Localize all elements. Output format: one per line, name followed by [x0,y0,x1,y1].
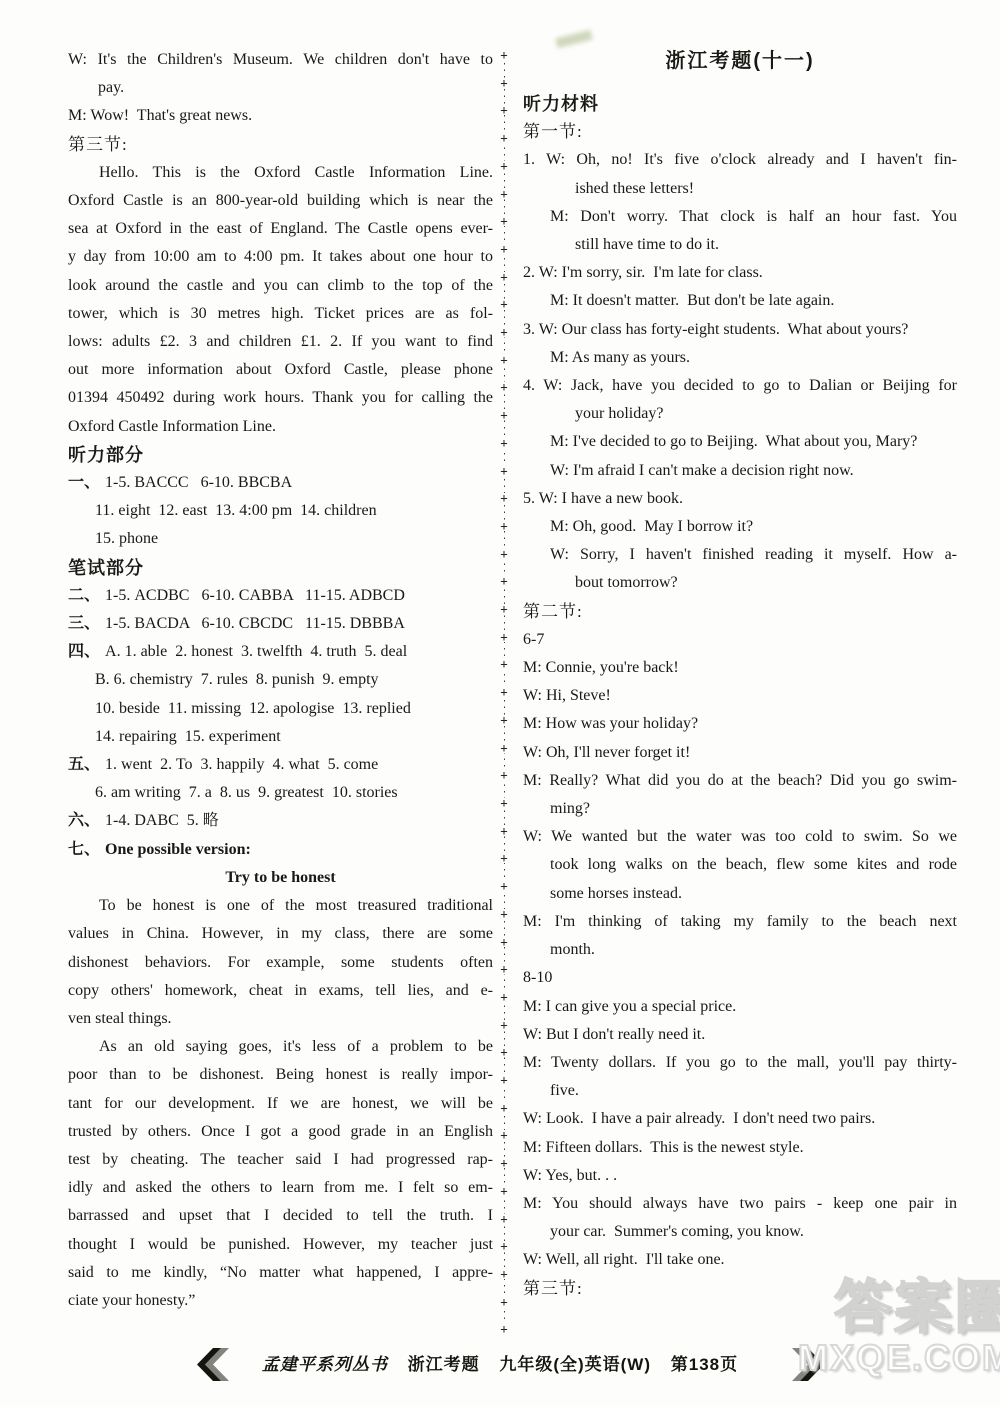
text-line: 笔试部分 [68,554,493,582]
text-line: W: Hi, Steve! [523,682,957,710]
dialog-unit: W: Look. I have a pair already. I don't … [523,1105,957,1133]
dialog-unit: M: I can give you a special price. [523,993,957,1021]
cn-heading-unit: 听力材料 [523,90,957,118]
text-line: 6-7 [523,626,957,654]
divider-plus-glyph: + [500,604,507,614]
exam-name: 浙江考题 [408,1355,480,1374]
divider-plus-glyph: + [500,1241,507,1251]
divider-plus-glyph: + [500,189,507,199]
center-title-unit: Try to be honest [68,864,493,892]
divider-plus-glyph: + [500,1020,507,1030]
divider-plus-glyph: + [500,410,507,420]
text-line: y day from 10:00 am to 4:00 pm. It takes… [68,243,493,271]
text-line: B. 6. chemistry 7. rules 8. punish 9. em… [95,666,493,694]
divider-plus-glyph: + [500,659,507,669]
dialog-unit: W: But I don't really need it. [523,1021,957,1049]
text-line: took long walks on the beach, flew some … [550,851,957,879]
dialog-unit: M: Connie, you're back! [523,654,957,682]
divider-plus-glyph: + [500,909,507,919]
text-line: ciate your honesty.” [68,1287,493,1315]
page-title-unit: 浙江考题(十一) [523,46,957,76]
list-marker: 二、 [68,587,100,604]
text-line: lows: adults £2. 3 and children £1. 2. I… [68,328,493,356]
text-line: your car. Summer's coming, you know. [550,1218,957,1246]
divider-plus-glyph: + [500,521,507,531]
text-line: M: Don't worry. That clock is half an ho… [550,203,957,231]
divider-plus-glyph: + [500,715,507,725]
plain-unit: 8-10 [523,964,957,992]
divider-plus-glyph: + [500,576,507,586]
text-line: tower, which is 30 metres high. Ticket p… [68,300,493,328]
text-line: M: Connie, you're back! [523,654,957,682]
left-column: W: It's the Children's Museum. We childr… [68,46,493,1315]
text-line: 5. W: I have a new book. [523,485,957,513]
text-line: your holiday? [575,400,957,428]
text-line: 浙江考题(十一) [523,46,957,76]
plain-unit: 6-7 [523,626,957,654]
text-line: Oxford Castle is an 800-year-old buildin… [68,187,493,215]
text-line: month. [550,936,957,964]
text-line: 听力材料 [523,90,957,118]
footer: 孟建平系列丛书 浙江考题 九年级(全)英语(W) 第138页 [0,1343,1000,1387]
divider-plus-glyph: + [500,1075,507,1085]
divider-plus-glyph: + [500,992,507,1002]
text-line: M: I can give you a special price. [523,993,957,1021]
text-line: 10. beside 11. missing 12. apologise 13.… [95,695,493,723]
text-line: 一、1-5. BACCC 6-10. BBCBA [68,469,493,497]
text-line: poor than to be dishonest. Being honest … [68,1061,493,1089]
column-divider: ++++++++++++++++++++++++++++++++++++++++… [498,50,510,1335]
divider-plus-glyph: + [500,133,507,143]
answers-bold-unit: 七、One possible version: [68,836,493,864]
dialog-unit: M: Fifteen dollars. This is the newest s… [523,1134,957,1162]
dialog-unit: M: Really? What did you do at the beach?… [523,767,957,823]
dialog-unit: W: Oh, I'll never forget it! [523,739,957,767]
text-line: M: Twenty dollars. If you go to the mall… [523,1049,957,1077]
text-line: barrassed and upset that I decided to te… [68,1202,493,1230]
next-page-chevron [786,1346,830,1383]
text-line: 四、A. 1. able 2. honest 3. twelfth 4. tru… [68,638,493,666]
text-line: some horses instead. [550,880,957,908]
divider-plus-glyph: + [500,937,507,947]
text-line: 听力部分 [68,441,493,469]
dialog-unit: 1. W: Oh, no! It's five o'clock already … [523,146,957,202]
text-line: M: Fifteen dollars. This is the newest s… [523,1134,957,1162]
divider-plus-glyph: + [500,216,507,226]
text-line: five. [550,1077,957,1105]
text-line: Hello. This is the Oxford Castle Informa… [68,159,493,187]
divider-plus-glyph: + [500,382,507,392]
divider-plus-glyph: + [500,105,507,115]
text-line: test by cheating. The teacher said I had… [68,1146,493,1174]
dialog-unit: 4. W: Jack, have you decided to go to Da… [523,372,957,428]
list-marker: 一、 [68,474,100,491]
divider-plus-glyph: + [500,327,507,337]
text-line: Try to be honest [68,864,493,892]
dialog-unit: W: We wanted but the water was too cold … [523,823,957,908]
divider-plus-glyph: + [500,826,507,836]
cn-heading-unit: 笔试部分 [68,554,493,582]
text-line: 6. am writing 7. a 8. us 9. greatest 10.… [95,779,493,807]
answers-unit: 六、1-4. DABC 5. 略 [68,807,493,835]
text-line: pay. [98,74,493,102]
footer-text: 孟建平系列丛书 浙江考题 九年级(全)英语(W) 第138页 [0,1343,1000,1387]
divider-plus-glyph: + [500,1103,507,1113]
divider-plus-glyph: + [500,1047,507,1057]
text-line: 8-10 [523,964,957,992]
answer-text: 1. went 2. To 3. happily 4. what 5. come [105,756,378,773]
dialog-unit: 5. W: I have a new book. [523,485,957,513]
text-line: trusted by others. Once I got a good gra… [68,1118,493,1146]
dialog-unit: 3. W: Our class has forty-eight students… [523,316,957,344]
answer-text: A. 1. able 2. honest 3. twelfth 4. truth… [105,643,407,660]
book-name: 九年级(全)英语(W) [499,1355,651,1374]
answer-text: 1-4. DABC 5. 略 [105,812,219,829]
divider-plus-glyph: + [500,161,507,171]
divider-plus-glyph: + [500,1269,507,1279]
para-unit: Hello. This is the Oxford Castle Informa… [68,159,493,441]
dialog-unit: W: Yes, but. . . [523,1162,957,1190]
text-line: bout tomorrow? [575,569,957,597]
divider-plus-glyph: + [500,687,507,697]
text-line: copy others' homework, cheat in exams, t… [68,977,493,1005]
text-line: W: Yes, but. . . [523,1162,957,1190]
para-unit: To be honest is one of the most treasure… [68,892,493,1033]
text-line: W: Sorry, I haven't finished reading it … [550,541,957,569]
answer-text: 1-5. ACDBC 6-10. CABBA 11-15. ADBCD [105,587,405,604]
text-line: W: But I don't really need it. [523,1021,957,1049]
text-line: W: I'm afraid I can't make a decision ri… [550,457,957,485]
dialog-unit: W: Well, all right. I'll take one. [523,1246,957,1274]
text-line: M: I've decided to go to Beijing. What a… [550,428,957,456]
text-line: To be honest is one of the most treasure… [68,892,493,920]
divider-plus-glyph: + [500,1297,507,1307]
text-line: M: Really? What did you do at the beach?… [523,767,957,795]
cn-sub-unit: 第三节: [523,1275,957,1303]
text-line: dishonest behaviors. For example, some s… [68,949,493,977]
answers-unit: 一、1-5. BACCC 6-10. BBCBA11. eight 12. ea… [68,469,493,554]
answer-text: 1-5. BACDA 6-10. CBCDC 11-15. DBBBA [105,615,405,632]
dialog-unit: M: I'm thinking of taking my family to t… [523,908,957,964]
divider-plus-glyph: + [500,493,507,503]
divider-plus-glyph: + [500,1158,507,1168]
text-line: M: As many as yours. [550,344,957,372]
dialog-unit: W: Sorry, I haven't finished reading it … [523,541,957,597]
text-line: thought I would be punished. However, my… [68,1231,493,1259]
divider-plus-glyph: + [500,743,507,753]
text-line: M: How was your holiday? [523,710,957,738]
divider-plus-glyph: + [500,438,507,448]
text-line: W: Well, all right. I'll take one. [523,1246,957,1274]
list-marker: 五、 [68,756,100,773]
text-line: W: We wanted but the water was too cold … [523,823,957,851]
text-line: still have time to do it. [575,231,957,259]
list-marker: 七、 [68,841,100,858]
text-line: W: Oh, I'll never forget it! [523,739,957,767]
text-line: 六、1-4. DABC 5. 略 [68,807,493,835]
text-line: 14. repairing 15. experiment [95,723,493,751]
page-number: 第138页 [671,1355,738,1374]
dialog-unit: M: I've decided to go to Beijing. What a… [523,428,957,456]
text-line: W: Look. I have a pair already. I don't … [523,1105,957,1133]
divider-plus-glyph: + [500,244,507,254]
divider-plus-glyph: + [500,1186,507,1196]
text-line: 01394 450492 during work hours. Thank yo… [68,384,493,412]
divider-plus-glyph: + [500,466,507,476]
divider-plus-glyph: + [500,78,507,88]
text-line: 二、1-5. ACDBC 6-10. CABBA 11-15. ADBCD [68,582,493,610]
divider-plus-glyph: + [500,299,507,309]
text-line: Oxford Castle Information Line. [68,413,493,441]
divider-plus-glyph: + [500,50,507,60]
dialog-unit: M: Don't worry. That clock is half an ho… [523,203,957,259]
list-marker: 三、 [68,615,100,632]
para-unit: As an old saying goes, it's less of a pr… [68,1033,493,1315]
text-line: 15. phone [95,525,493,553]
dialog-unit: M: It doesn't matter. But don't be late … [523,287,957,315]
text-line: idly and asked the others to learn from … [68,1174,493,1202]
text-line: tant for our development. If we are hone… [68,1090,493,1118]
dialog-unit: M: You should always have two pairs - ke… [523,1190,957,1246]
divider-plus-glyph: + [500,1324,507,1334]
dialog-unit: M: Wow! That's great news. [68,102,493,130]
cn-sub-unit: 第一节: [523,118,957,146]
text-line: 第三节: [523,1275,957,1303]
divider-plus-glyph: + [500,853,507,863]
dialog-unit: 2. W: I'm sorry, sir. I'm late for class… [523,259,957,287]
text-line: 七、One possible version: [68,836,493,864]
divider-plus-glyph: + [500,770,507,780]
divider-plus-glyph: + [500,1214,507,1224]
text-line: M: It doesn't matter. But don't be late … [550,287,957,315]
divider-plus-glyph: + [500,881,507,891]
text-line: ven steal things. [68,1005,493,1033]
text-line: W: It's the Children's Museum. We childr… [68,46,493,74]
dialog-unit: W: I'm afraid I can't make a decision ri… [523,457,957,485]
text-line: 第三节: [68,131,493,159]
scanned-answer-page: W: It's the Children's Museum. We childr… [0,0,1000,1407]
text-line: 1. W: Oh, no! It's five o'clock already … [523,146,957,174]
text-line: ished these letters! [575,175,957,203]
text-line: M: You should always have two pairs - ke… [523,1190,957,1218]
cn-heading-unit: 听力部分 [68,441,493,469]
text-line: As an old saying goes, it's less of a pr… [68,1033,493,1061]
answer-text: One possible version: [105,841,251,858]
dialog-unit: W: Hi, Steve! [523,682,957,710]
answers-unit: 三、1-5. BACDA 6-10. CBCDC 11-15. DBBBA [68,610,493,638]
text-line: M: Wow! That's great news. [68,102,493,130]
list-marker: 六、 [68,812,100,829]
text-line: 11. eight 12. east 13. 4:00 pm 14. child… [95,497,493,525]
divider-plus-glyph: + [500,549,507,559]
text-line: 第二节: [523,598,957,626]
right-column: 浙江考题(十一)听力材料第一节:1. W: Oh, no! It's five … [523,46,957,1303]
text-line: values in China. However, in my class, t… [68,920,493,948]
text-line: 五、1. went 2. To 3. happily 4. what 5. co… [68,751,493,779]
divider-plus-glyph: + [500,355,507,365]
text-line: M: I'm thinking of taking my family to t… [523,908,957,936]
text-line: M: Oh, good. May I borrow it? [550,513,957,541]
answers-unit: 二、1-5. ACDBC 6-10. CABBA 11-15. ADBCD [68,582,493,610]
text-line: 3. W: Our class has forty-eight students… [523,316,957,344]
divider-plus-glyph: + [500,632,507,642]
answer-text: 1-5. BACCC 6-10. BBCBA [105,474,292,491]
text-line: look around the castle and you can climb… [68,272,493,300]
text-line: 2. W: I'm sorry, sir. I'm late for class… [523,259,957,287]
text-line: sea at Oxford in the east of England. Th… [68,215,493,243]
dialog-unit: M: Oh, good. May I borrow it? [523,513,957,541]
answers-unit: 四、A. 1. able 2. honest 3. twelfth 4. tru… [68,638,493,751]
dialog-unit: W: It's the Children's Museum. We childr… [68,46,493,102]
answers-unit: 五、1. went 2. To 3. happily 4. what 5. co… [68,751,493,807]
divider-plus-glyph: + [500,964,507,974]
text-line: out more information about Oxford Castle… [68,356,493,384]
text-line: 三、1-5. BACDA 6-10. CBCDC 11-15. DBBBA [68,610,493,638]
cn-sub-unit: 第二节: [523,598,957,626]
list-marker: 四、 [68,643,100,660]
divider-plus-glyph: + [500,798,507,808]
divider-plus-glyph: + [500,272,507,282]
series-name: 孟建平系列丛书 [262,1355,388,1374]
text-line: ming? [550,795,957,823]
text-line: said to me kindly, “No matter what happe… [68,1259,493,1287]
divider-plus-glyph: + [500,1130,507,1140]
dialog-unit: M: How was your holiday? [523,710,957,738]
cn-sub-unit: 第三节: [68,131,493,159]
dialog-unit: M: As many as yours. [523,344,957,372]
text-line: 第一节: [523,118,957,146]
text-line: 4. W: Jack, have you decided to go to Da… [523,372,957,400]
dialog-unit: M: Twenty dollars. If you go to the mall… [523,1049,957,1105]
